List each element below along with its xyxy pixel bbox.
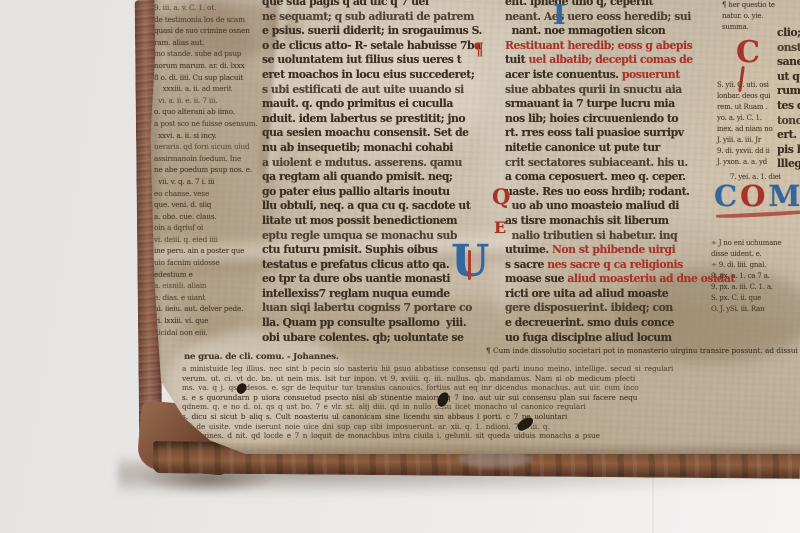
rubric-pilcrow-mark: ¶ xyxy=(473,42,484,59)
manuscript-text-line: ricti ore uita ad aliud moaste xyxy=(505,287,739,302)
commentary-line: ost de uisite. vnde iserunt noie uice dn… xyxy=(182,422,800,432)
manuscript-text-line: qa regtam ali quando pmisit. neq; xyxy=(262,170,504,185)
gloss-line: summa. xyxy=(722,22,800,33)
manuscript-text-line: tuit uel albatib; decepti comas de xyxy=(505,53,739,68)
parchment-page: 9. iii. a. v. C. 1. ot.de testimonia los… xyxy=(148,0,800,454)
commentary-line: e. uirgines. d nit. qd locde e 7 n loqui… xyxy=(182,431,800,441)
gloss-line: S. yii. C. uti. osi xyxy=(717,80,800,91)
gloss-line: de testimonia los de scam xyxy=(154,14,266,26)
manuscript-text-line: moase sue aliud moasteriu ad dne osidat xyxy=(505,272,739,287)
gloss-line: S. px. C. ii. que xyxy=(711,293,800,304)
manuscript-text-line: nduit. idem labertus se prestitit; jno xyxy=(262,112,504,127)
gloss-line: eo chanse. vese xyxy=(154,188,266,200)
main-text-column-1: que sua pagis q ad uic q 7 uelne sequamt… xyxy=(262,0,504,345)
gloss-line: ÷ J no eni uchumane xyxy=(711,238,800,249)
gloss-line: inex. ad niam no xyxy=(717,124,800,135)
gloss-line: vi. deiii. q. eied iiii xyxy=(154,234,266,246)
manuscript-text-line: e psius. suerii diderit; in srogauimus S… xyxy=(262,24,504,39)
bottom-commentary-intro: ¶ Cum inde dissolutio societari pot in m… xyxy=(486,346,798,355)
manuscript-text-line: sanest xyxy=(777,55,800,70)
gloss-signature-johannes: ne grua. de cli. comu. - Johannes. xyxy=(184,352,339,362)
gloss-line: 9. di. yxvii. dd ii xyxy=(717,146,800,157)
manuscript-text-line: nant. noe mmagotien sicon xyxy=(505,24,739,39)
gloss-line: 9. px. a. iii. C. 1. a. xyxy=(711,282,800,293)
gloss-line: vi. a. ii. e. ii. 7 iii. xyxy=(154,95,266,107)
manuscript-text-line: intellexiss7 reglam nuqua eumde xyxy=(262,287,504,302)
manuscript-text-line: eret moachos in locu eius succederet; xyxy=(262,68,504,83)
manuscript-text-line: gere disposuerint. ibideq; con xyxy=(505,301,739,316)
commentary-line: qdnem. q. e no d. oi. qs q ust bo. 7 e v… xyxy=(182,402,800,412)
gloss-line: ueraris. qd forn sicum uiud xyxy=(154,141,266,153)
manuscript-text-line: ne sequamt; q sub adiurati de patrem xyxy=(262,10,504,25)
decorated-initial-q: Q xyxy=(492,186,510,207)
decorated-initial-e: E xyxy=(494,220,506,236)
gloss-line: ui. iieiu. aut. delver pede. xyxy=(154,303,266,315)
manuscript-text-line: nalio tributien si habetur. inq xyxy=(505,229,739,244)
manuscript-text-line: uo fuga disciplne aliud locum xyxy=(505,331,739,346)
gloss-line: a post sco ne fuisse osensum. xyxy=(154,118,266,130)
gloss-line: oin a dqriuf oi xyxy=(154,222,266,234)
decorated-initial-i: I xyxy=(553,2,566,29)
manuscript-text-line: o de clicus atto- R- setale habuisse 7ba xyxy=(262,39,504,54)
gloss-line: o. quo alterani ab iimo. xyxy=(154,106,266,118)
decorated-initial-c: C xyxy=(736,38,760,68)
gloss-line: ne abe poedum psup nos. e. xyxy=(154,164,266,176)
commentary-line: s. e s quorundarn p uiora consuetud psec… xyxy=(182,393,800,403)
marginal-gloss-left: 9. iii. a. v. C. 1. ot.de testimonia los… xyxy=(154,2,266,338)
gloss-line: rem. ut Ruam . xyxy=(717,102,800,113)
right-margin-note: 7. yei. a. 1. diei xyxy=(730,172,800,183)
manuscript-text-line: ent. iphede uno q, ceperiit xyxy=(505,0,739,10)
manuscript-text-line: uaste. Res uo eoss hrdib; rodant. xyxy=(505,185,739,200)
commentary-line: a ministuide leg illius. nec sint b peci… xyxy=(182,364,800,374)
heading-letter: O xyxy=(740,179,768,213)
gloss-line: quasi de suo crimine osnen xyxy=(154,25,266,37)
commentary-line: s. dicu si sicut b aliq s. Cult noasteri… xyxy=(182,412,800,422)
initial-u-red-ornament xyxy=(468,250,471,280)
gloss-line: norum marum. ar. di. lxxx xyxy=(154,60,266,72)
gloss-line: O. J. ySi. iii. Ran xyxy=(711,304,800,315)
gloss-line: xxvi. a. ii. si incy. xyxy=(154,130,266,142)
gloss-line: vi. lxxiii. vi. que xyxy=(154,315,266,327)
manuscript-text-line: lla. Quam pp consulte psallomo yiii. xyxy=(262,316,504,331)
gloss-line: disse uident. e. xyxy=(711,249,800,260)
manuscript-text-line: nitetie canonice ut pute tur xyxy=(505,141,739,156)
rubric-heading-comu: COMU xyxy=(714,182,800,211)
manuscript-text-line: a uiolent e mdutus. asserens. qamu xyxy=(262,156,504,171)
right-margin-gloss-mid: S. yii. C. uti. osilonbar. deos quirem. … xyxy=(717,80,800,168)
manuscript-photo: 9. iii. a. v. C. 1. ot.de testimonia los… xyxy=(0,0,800,533)
manuscript-text-line: luan siqi labertu cogniss 7 portare co xyxy=(262,301,504,316)
commentary-line: ms. va. q j. qsit desos. e. sgr de lequi… xyxy=(182,383,800,393)
main-text-column-2: ent. iphede uno q, ceperiitneant. Aes ue… xyxy=(505,0,739,345)
gloss-line: ine peru. ain a poster que xyxy=(154,245,266,257)
manuscript-text-line: se uoluntatem iut filius sius ueres t xyxy=(262,53,504,68)
gloss-line: 9. px. a. 1. ca 7 a. xyxy=(711,271,800,282)
gloss-line: edestium e xyxy=(154,269,266,281)
bottom-commentary-block: a ministuide leg illius. nec sint b peci… xyxy=(182,364,800,441)
manuscript-text-line: go pater eius pallio altaris inoutu xyxy=(262,185,504,200)
gloss-line: a. obo. cue. claus. xyxy=(154,211,266,223)
gloss-line: ¶ her questio te xyxy=(722,0,800,11)
right-margin-gloss-top: ¶ her questio tenatur. o. yie.summa. xyxy=(722,0,800,33)
gloss-line: e. dias. e uiant xyxy=(154,292,266,304)
gloss-line: uio facnim uidosse xyxy=(154,257,266,269)
gloss-line: yo. a. yi. C. 1. xyxy=(717,113,800,124)
right-margin-gloss-low: ÷ J no eni uchumanedisse uident. e.÷ 9. … xyxy=(711,238,800,315)
manuscript-text-line: neant. Aes uero eoss heredib; sui xyxy=(505,10,739,25)
manuscript-text-line: que sua pagis q ad uic q 7 uel xyxy=(262,0,504,10)
manuscript-text-line: srmauant ia 7 turpe lucru mia xyxy=(505,97,739,112)
manuscript-text-line: Restituant heredib; eoss g abepis xyxy=(505,39,739,54)
gloss-line: J. yiii. a. iii. Jr xyxy=(717,135,800,146)
manuscript-text-line: e decreuerint. smo duis conce xyxy=(505,316,739,331)
gloss-line: a. eisnili. aliain xyxy=(154,280,266,292)
manuscript-text-line: litate ut mos possit benedictionem xyxy=(262,214,504,229)
commentary-line: verum. ut. ci. vt dc. bn. ut nein mis. l… xyxy=(182,374,800,384)
manuscript-text-line: s sacre nes sacre q ca religionis xyxy=(505,258,739,273)
manuscript-text-line: utuime. Non st phibende uirgi xyxy=(505,243,739,258)
gloss-line: mo stande. sube ad psup xyxy=(154,48,266,60)
manuscript-text-line: nos lib; hoies circuueniendo to xyxy=(505,112,739,127)
manuscript-text-line: as tisre monachis sit liberum xyxy=(505,214,739,229)
manuscript-text-line: s ubi estificati de aut uite uuando si xyxy=(262,83,504,98)
gloss-line: uicidai non eiii. xyxy=(154,327,266,339)
manuscript-text-line: obi ubare colentes. qb; uoluntate se xyxy=(262,331,504,346)
heading-letter: M xyxy=(768,179,800,213)
gloss-line: lonbar. deos qui xyxy=(717,91,800,102)
gloss-line: 8 o. di. iiii. Cu sup placuit xyxy=(154,72,266,84)
manuscript-text-line: mauit. q. qndo primitus ei cuculla xyxy=(262,97,504,112)
manuscript-text-line: rt. rres eoss tali puasioe surripv xyxy=(505,126,739,141)
gloss-line: assirmanoin foedum. Ine xyxy=(154,153,266,165)
manuscript-text-line: llu obtuli, neq. a qua cu q. sacdote ut xyxy=(262,199,504,214)
gloss-line: J. yxon. a. a. yd xyxy=(717,157,800,168)
manuscript-text-line: qua sesien moachu consensit. Set de xyxy=(262,126,504,141)
manuscript-text-line: uo ab uno moasteio maliud di xyxy=(505,199,739,214)
manuscript-text-line: siue abbates qurii in snuctu aia xyxy=(505,83,739,98)
gloss-line: xxxiii. a. ii. ad merit xyxy=(154,83,266,95)
gloss-line: natur. o. yie. xyxy=(722,11,800,22)
gloss-line: vii. v. q. a. 7 i. iii xyxy=(154,176,266,188)
manuscript-text-line: crit sectatores subiaceant. his u. xyxy=(505,156,739,171)
manuscript-text-line: a coma ceposuert. meo q. ceper. xyxy=(505,170,739,185)
gloss-line: ÷ 9. di. liii. gnal. xyxy=(711,260,800,271)
manuscript-text-line: nu ab insequetib; monachi cohabi xyxy=(262,141,504,156)
heading-letter: C xyxy=(714,179,740,213)
manuscript-text-line: acer iste conuentus. posuerunt xyxy=(505,68,739,83)
gloss-line: 9. iii. a. v. C. 1. ot. xyxy=(154,2,266,14)
manuscript-text-line: onstri xyxy=(777,41,800,56)
gloss-line: ram. alias aut. xyxy=(154,37,266,49)
gloss-line: que. veni. d. siiq xyxy=(154,199,266,211)
